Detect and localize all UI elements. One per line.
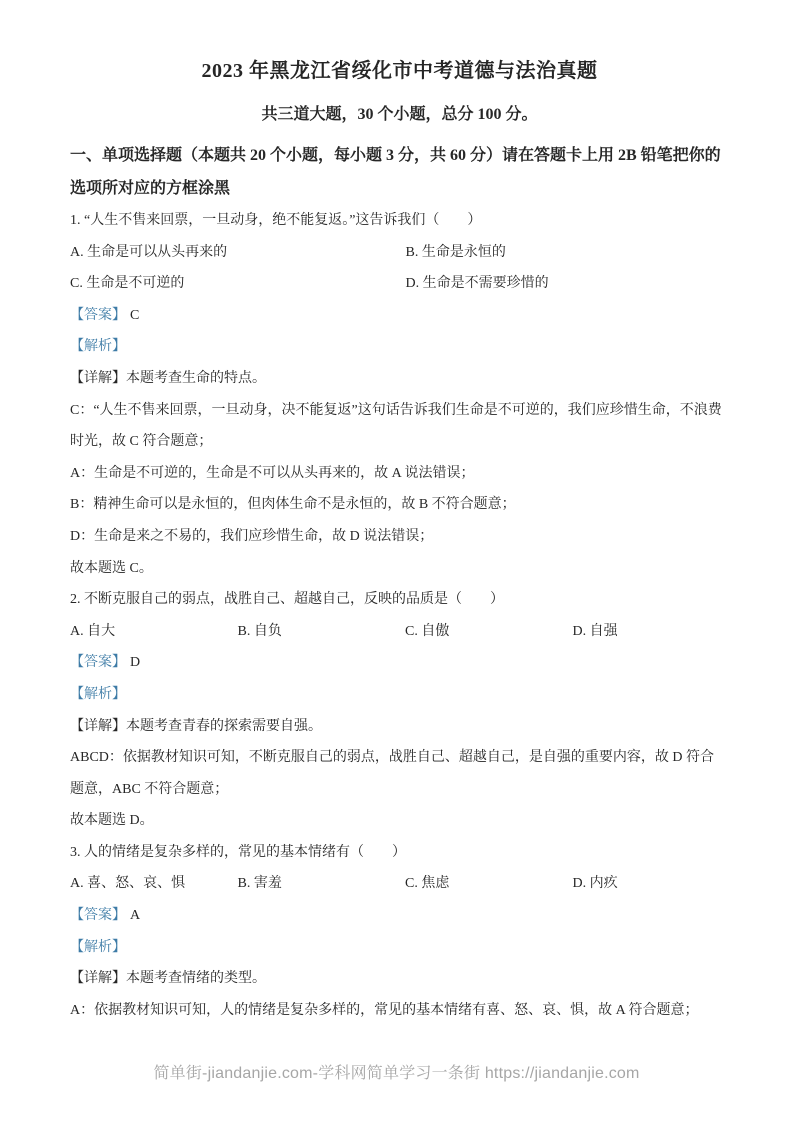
detail-line: C：“人生不售来回票，一旦动身，决不能复返”这句话告诉我们生命是不可逆的，我们应… bbox=[70, 395, 729, 427]
option-item: D. 自强 bbox=[573, 616, 618, 648]
question-3-stem: 3. 人的情绪是复杂多样的，常见的基本情绪有（ ） bbox=[70, 837, 729, 869]
option-item: B. 生命是永恒的 bbox=[406, 237, 506, 269]
detail-line: ABCD：依据教材知识可知，不断克服自己的弱点，战胜自己、超越自己，是自强的重要… bbox=[70, 742, 729, 774]
option-item: C. 焦虑 bbox=[405, 868, 569, 900]
detail-line: 题意，ABC 不符合题意； bbox=[70, 774, 729, 806]
option-item: B. 害羞 bbox=[238, 868, 402, 900]
answer-line: 【答案】A bbox=[70, 900, 729, 932]
doc-subtitle: 共三道大题，30 个小题，总分 100 分。 bbox=[70, 102, 729, 128]
question-1-options-row-2: C. 生命是不可逆的 D. 生命是不需要珍惜的 bbox=[70, 268, 729, 300]
detail-line: 【详解】本题考查情绪的类型。 bbox=[70, 963, 729, 995]
detail-line: A：依据教材知识可知，人的情绪是复杂多样的，常见的基本情绪有喜、怒、哀、惧，故 … bbox=[70, 995, 729, 1027]
option-item: A. 喜、怒、哀、惧 bbox=[70, 868, 234, 900]
detail-line: B：精神生命可以是永恒的，但肉体生命不是永恒的，故 B 不符合题意； bbox=[70, 489, 729, 521]
detail-line: 故本题选 D。 bbox=[70, 805, 729, 837]
option-item: C. 生命是不可逆的 bbox=[70, 268, 402, 300]
question-3-options-row: A. 喜、怒、哀、惧 B. 害羞 C. 焦虑 D. 内疚 bbox=[70, 868, 729, 900]
answer-value: D bbox=[130, 655, 140, 670]
question-2-options-row: A. 自大 B. 自负 C. 自傲 D. 自强 bbox=[70, 616, 729, 648]
footer-watermark: 简单街-jiandanjie.com-学科网简单学习一条街 https://ji… bbox=[0, 1060, 793, 1083]
page-title: 2023 年黑龙江省绥化市中考道德与法治真题 bbox=[70, 56, 729, 86]
question-1-stem: 1. “人生不售来回票，一旦动身，绝不能复返。”这告诉我们（ ） bbox=[70, 205, 729, 237]
option-item: D. 内疚 bbox=[573, 868, 618, 900]
answer-label: 【答案】 bbox=[70, 908, 126, 923]
detail-line: 【详解】本题考查生命的特点。 bbox=[70, 363, 729, 395]
option-item: A. 生命是可以从头再来的 bbox=[70, 237, 402, 269]
option-item: D. 生命是不需要珍惜的 bbox=[406, 268, 549, 300]
answer-label: 【答案】 bbox=[70, 308, 126, 323]
analysis-label: 【解析】 bbox=[70, 679, 729, 711]
question-block-2: 2. 不断克服自己的弱点，战胜自己、超越自己，反映的品质是（ ） A. 自大 B… bbox=[70, 584, 729, 837]
detail-line: 【详解】本题考查青春的探索需要自强。 bbox=[70, 711, 729, 743]
analysis-label: 【解析】 bbox=[70, 331, 729, 363]
detail-line: A：生命是不可逆的，生命是不可以从头再来的，故 A 说法错误； bbox=[70, 458, 729, 490]
question-2-stem: 2. 不断克服自己的弱点，战胜自己、超越自己，反映的品质是（ ） bbox=[70, 584, 729, 616]
answer-line: 【答案】C bbox=[70, 300, 729, 332]
answer-line: 【答案】D bbox=[70, 647, 729, 679]
question-block-3: 3. 人的情绪是复杂多样的，常见的基本情绪有（ ） A. 喜、怒、哀、惧 B. … bbox=[70, 837, 729, 1027]
section-heading: 一、单项选择题（本题共 20 个小题，每小题 3 分，共 60 分）请在答题卡上… bbox=[70, 139, 729, 205]
answer-value: A bbox=[130, 908, 140, 923]
answer-label: 【答案】 bbox=[70, 655, 126, 670]
option-item: B. 自负 bbox=[238, 616, 402, 648]
option-item: C. 自傲 bbox=[405, 616, 569, 648]
document-content: 2023 年黑龙江省绥化市中考道德与法治真题 共三道大题，30 个小题，总分 1… bbox=[0, 0, 793, 1026]
answer-value: C bbox=[130, 308, 139, 323]
detail-line: D：生命是来之不易的，我们应珍惜生命，故 D 说法错误； bbox=[70, 521, 729, 553]
section-heading-line-1: 一、单项选择题（本题共 20 个小题，每小题 3 分，共 60 分）请在答题卡上… bbox=[70, 139, 729, 172]
question-block-1: 1. “人生不售来回票，一旦动身，绝不能复返。”这告诉我们（ ） A. 生命是可… bbox=[70, 205, 729, 584]
question-1-options-row-1: A. 生命是可以从头再来的 B. 生命是永恒的 bbox=[70, 237, 729, 269]
detail-line: 时光，故 C 符合题意； bbox=[70, 426, 729, 458]
section-heading-line-2: 选项所对应的方框涂黑 bbox=[70, 172, 729, 205]
option-item: A. 自大 bbox=[70, 616, 234, 648]
analysis-label: 【解析】 bbox=[70, 932, 729, 964]
detail-line: 故本题选 C。 bbox=[70, 553, 729, 585]
exam-document-page: 2023 年黑龙江省绥化市中考道德与法治真题 共三道大题，30 个小题，总分 1… bbox=[0, 0, 793, 1122]
